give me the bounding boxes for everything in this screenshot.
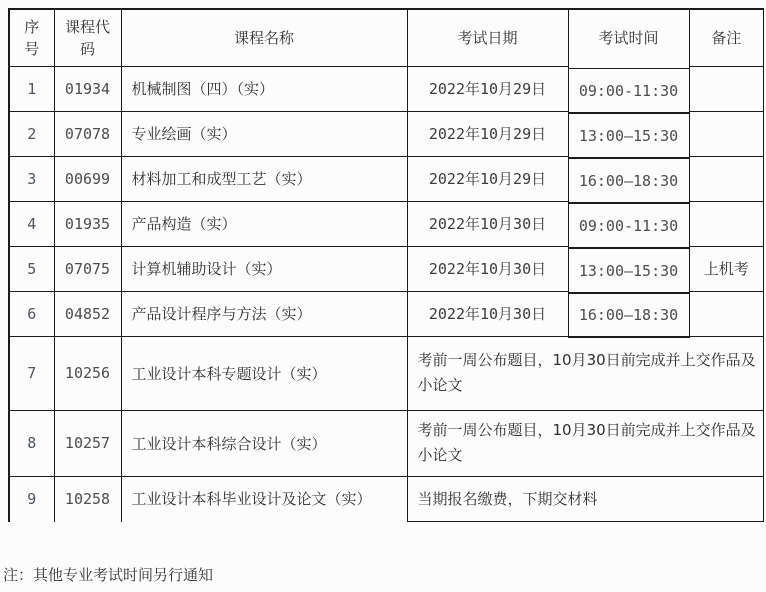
table-row: 5 07075 计算机辅助设计（实） 2022年10月30日 13:00—15:… — [9, 246, 764, 291]
cell-course-name: 产品构造（实） — [121, 201, 407, 246]
cell-course-name: 产品设计程序与方法（实） — [121, 291, 407, 336]
cell-course-code: 07075 — [54, 246, 121, 291]
cell-exam-date: 2022年10月30日 — [407, 246, 568, 291]
header-row: 序号 课程代码 课程名称 考试日期 考试时间 备注 — [9, 9, 764, 66]
table-row: 6 04852 产品设计程序与方法（实） 2022年10月30日 16:00—1… — [9, 291, 764, 336]
exam-time-box: 16:00—18:30 — [568, 158, 690, 203]
exam-time-box: 13:00—15:30 — [568, 113, 690, 158]
cell-course-code: 00699 — [54, 156, 121, 201]
cell-exam-date: 2022年10月29日 — [407, 66, 568, 111]
exam-time-box: 16:00—18:30 — [568, 293, 690, 338]
table-row: 2 07078 专业绘画（实） 2022年10月29日 13:00—15:30 — [9, 111, 764, 156]
cell-course-code: 07078 — [54, 111, 121, 156]
cell-exam-note: 当期报名缴费，下期交材料 — [407, 476, 764, 522]
exam-note-text: 当期报名缴费，下期交材料 — [418, 488, 598, 509]
cell-serial: 2 — [9, 111, 54, 156]
cell-serial: 5 — [9, 246, 54, 291]
cell-serial: 1 — [9, 66, 54, 111]
cell-serial: 6 — [9, 291, 54, 336]
exam-schedule-table-container: 序号 课程代码 课程名称 考试日期 考试时间 备注 1 01934 机械制图（四… — [8, 8, 764, 522]
exam-time-text: 16:00—18:30 — [579, 306, 678, 324]
header-course-name: 课程名称 — [121, 9, 407, 66]
cell-serial: 4 — [9, 201, 54, 246]
cell-serial: 8 — [9, 410, 54, 476]
exam-note-box: 当期报名缴费，下期交材料 — [408, 477, 764, 522]
cell-course-name: 专业绘画（实） — [121, 111, 407, 156]
cell-exam-time: 09:00-11:30 — [568, 66, 689, 111]
cell-course-name: 工业设计本科专题设计（实） — [121, 336, 407, 410]
cell-serial: 3 — [9, 156, 54, 201]
cell-remark: 上机考 — [689, 246, 764, 291]
cell-exam-note: 考前一周公布题目，10月30日前完成并上交作品及小论文 — [407, 336, 764, 410]
cell-exam-date: 2022年10月30日 — [407, 291, 568, 336]
cell-serial: 9 — [9, 476, 54, 522]
exam-time-text: 09:00-11:30 — [579, 82, 678, 100]
cell-remark — [689, 111, 764, 156]
table-row: 1 01934 机械制图（四）（实） 2022年10月29日 09:00-11:… — [9, 66, 764, 111]
cell-course-name: 工业设计本科毕业设计及论文（实） — [121, 476, 407, 522]
table-row: 4 01935 产品构造（实） 2022年10月30日 09:00-11:30 — [9, 201, 764, 246]
exam-schedule-table: 序号 课程代码 课程名称 考试日期 考试时间 备注 1 01934 机械制图（四… — [8, 8, 764, 522]
cell-course-code: 10257 — [54, 410, 121, 476]
cell-course-name: 计算机辅助设计（实） — [121, 246, 407, 291]
cell-course-code: 04852 — [54, 291, 121, 336]
cell-course-code: 10258 — [54, 476, 121, 522]
exam-time-text: 13:00—15:30 — [579, 262, 678, 280]
cell-remark — [689, 66, 764, 111]
header-remark: 备注 — [689, 9, 764, 66]
table-row: 7 10256 工业设计本科专题设计（实） 考前一周公布题目，10月30日前完成… — [9, 336, 764, 410]
exam-time-text: 16:00—18:30 — [579, 172, 678, 190]
cell-course-name: 机械制图（四）（实） — [121, 66, 407, 111]
cell-exam-time: 16:00—18:30 — [568, 291, 689, 336]
exam-time-text: 13:00—15:30 — [579, 127, 678, 145]
cell-exam-time: 13:00—15:30 — [568, 246, 689, 291]
table-row: 8 10257 工业设计本科综合设计（实） 考前一周公布题目，10月30日前完成… — [9, 410, 764, 476]
header-course-code: 课程代码 — [54, 9, 121, 66]
cell-remark — [689, 156, 764, 201]
cell-course-code: 01935 — [54, 201, 121, 246]
cell-exam-date: 2022年10月29日 — [407, 111, 568, 156]
table-row: 3 00699 材料加工和成型工艺（实） 2022年10月29日 16:00—1… — [9, 156, 764, 201]
cell-exam-time: 09:00-11:30 — [568, 201, 689, 246]
cell-exam-time: 16:00—18:30 — [568, 156, 689, 201]
footnote: 注：其他专业考试时间另行通知 — [3, 566, 213, 585]
exam-time-box: 09:00-11:30 — [568, 203, 690, 248]
header-exam-date: 考试日期 — [407, 9, 568, 66]
cell-remark — [689, 201, 764, 246]
header-serial: 序号 — [9, 9, 54, 66]
cell-course-name: 工业设计本科综合设计（实） — [121, 410, 407, 476]
cell-course-code: 01934 — [54, 66, 121, 111]
cell-serial: 7 — [9, 336, 54, 410]
cell-exam-date: 2022年10月30日 — [407, 201, 568, 246]
header-exam-time: 考试时间 — [568, 9, 689, 66]
exam-time-text: 09:00-11:30 — [579, 217, 678, 235]
table-row: 9 10258 工业设计本科毕业设计及论文（实） 当期报名缴费，下期交材料 — [9, 476, 764, 522]
cell-course-name: 材料加工和成型工艺（实） — [121, 156, 407, 201]
exam-time-box: 09:00-11:30 — [568, 68, 690, 113]
cell-remark — [689, 291, 764, 336]
exam-time-box: 13:00—15:30 — [568, 248, 690, 293]
cell-exam-date: 2022年10月29日 — [407, 156, 568, 201]
cell-exam-note: 考前一周公布题目，10月30日前完成并上交作品及小论文 — [407, 410, 764, 476]
cell-course-code: 10256 — [54, 336, 121, 410]
cell-exam-time: 13:00—15:30 — [568, 111, 689, 156]
